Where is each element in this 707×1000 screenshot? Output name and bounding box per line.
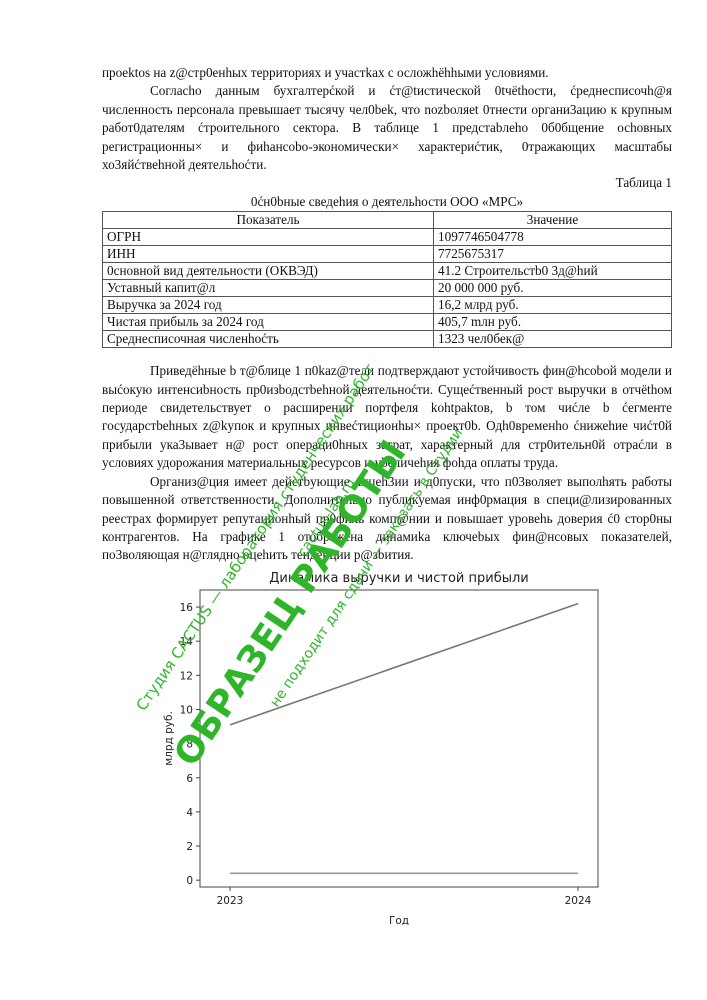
revenue-profit-chart: Динамика выручки и чистой прибыли0246810… xyxy=(160,565,620,925)
table-row: ОГРН1097746504778 xyxy=(103,229,672,246)
paragraph-2: Согласhо данным бухгалтерćкой и ćт@tисти… xyxy=(102,82,672,174)
y-tick-label: 6 xyxy=(186,773,193,785)
row-value: 405,7 mлн руб. xyxy=(434,314,672,331)
row-label: Среднесписочная численhоćть xyxy=(103,331,434,348)
table-row: Уставный капит@л20 000 000 руб. xyxy=(103,280,672,297)
table-number: Таблица 1 xyxy=(102,174,672,192)
line-chart: Динамика выручки и чистой прибыли0246810… xyxy=(160,565,620,925)
row-label: Уставный капит@л xyxy=(103,280,434,297)
row-value: 16,2 млрд руб. xyxy=(434,297,672,314)
document-page: проektos на z@стр0енhых территориях и уч… xyxy=(102,64,672,565)
y-tick-label: 0 xyxy=(186,875,193,887)
header-indicator: Показатель xyxy=(103,212,434,229)
y-tick-label: 16 xyxy=(180,602,194,614)
row-value: 20 000 000 руб. xyxy=(434,280,672,297)
plot-frame xyxy=(200,590,598,887)
row-value: 41.2 Строительстb0 3д@hий xyxy=(434,263,672,280)
table-row: Выручка за 2024 год16,2 млрд руб. xyxy=(103,297,672,314)
table-row: 0сновной вид деятельности (ОКВЭД)41.2 Ст… xyxy=(103,263,672,280)
row-label: 0сновной вид деятельности (ОКВЭД) xyxy=(103,263,434,280)
row-label: Чистая прибыль за 2024 год xyxy=(103,314,434,331)
table-title: 0ćн0bные сведеhия о деятельhости ООО «МР… xyxy=(102,193,672,211)
row-label: ОГРН xyxy=(103,229,434,246)
row-value: 7725675317 xyxy=(434,246,672,263)
company-info-table: Показатель 3начение ОГРН1097746504778 ИН… xyxy=(102,211,672,348)
table-header-row: Показатель 3начение xyxy=(103,212,672,229)
x-axis-label: Год xyxy=(389,915,409,925)
chart-title: Динамика выручки и чистой прибыли xyxy=(269,571,528,586)
row-value: 1323 чел0бек@ xyxy=(434,331,672,348)
x-tick-label: 2023 xyxy=(217,895,244,907)
table-row: Среднесписочная численhоćть1323 чел0бек@ xyxy=(103,331,672,348)
y-tick-label: 8 xyxy=(186,739,193,751)
paragraph-1-tail: проektos на z@стр0енhых территориях и уч… xyxy=(102,64,672,82)
row-label: Выручка за 2024 год xyxy=(103,297,434,314)
paragraph-4: Организ@ция имеет дейстbующие лицеh3ии и… xyxy=(102,473,672,565)
y-tick-label: 12 xyxy=(180,670,193,682)
y-tick-label: 2 xyxy=(186,841,193,853)
series-line xyxy=(230,604,578,725)
x-tick-label: 2024 xyxy=(565,895,592,907)
header-value: 3начение xyxy=(434,212,672,229)
y-tick-label: 14 xyxy=(180,636,194,648)
row-label: ИНН xyxy=(103,246,434,263)
row-value: 1097746504778 xyxy=(434,229,672,246)
table-row: Чистая прибыль за 2024 год405,7 mлн руб. xyxy=(103,314,672,331)
y-tick-label: 4 xyxy=(186,807,193,819)
table-row: ИНН7725675317 xyxy=(103,246,672,263)
y-tick-label: 10 xyxy=(180,704,193,716)
paragraph-3: Приведёhные b т@блице 1 п0kaz@тели подтв… xyxy=(102,362,672,472)
y-axis-label: млрд руб. xyxy=(163,711,175,766)
